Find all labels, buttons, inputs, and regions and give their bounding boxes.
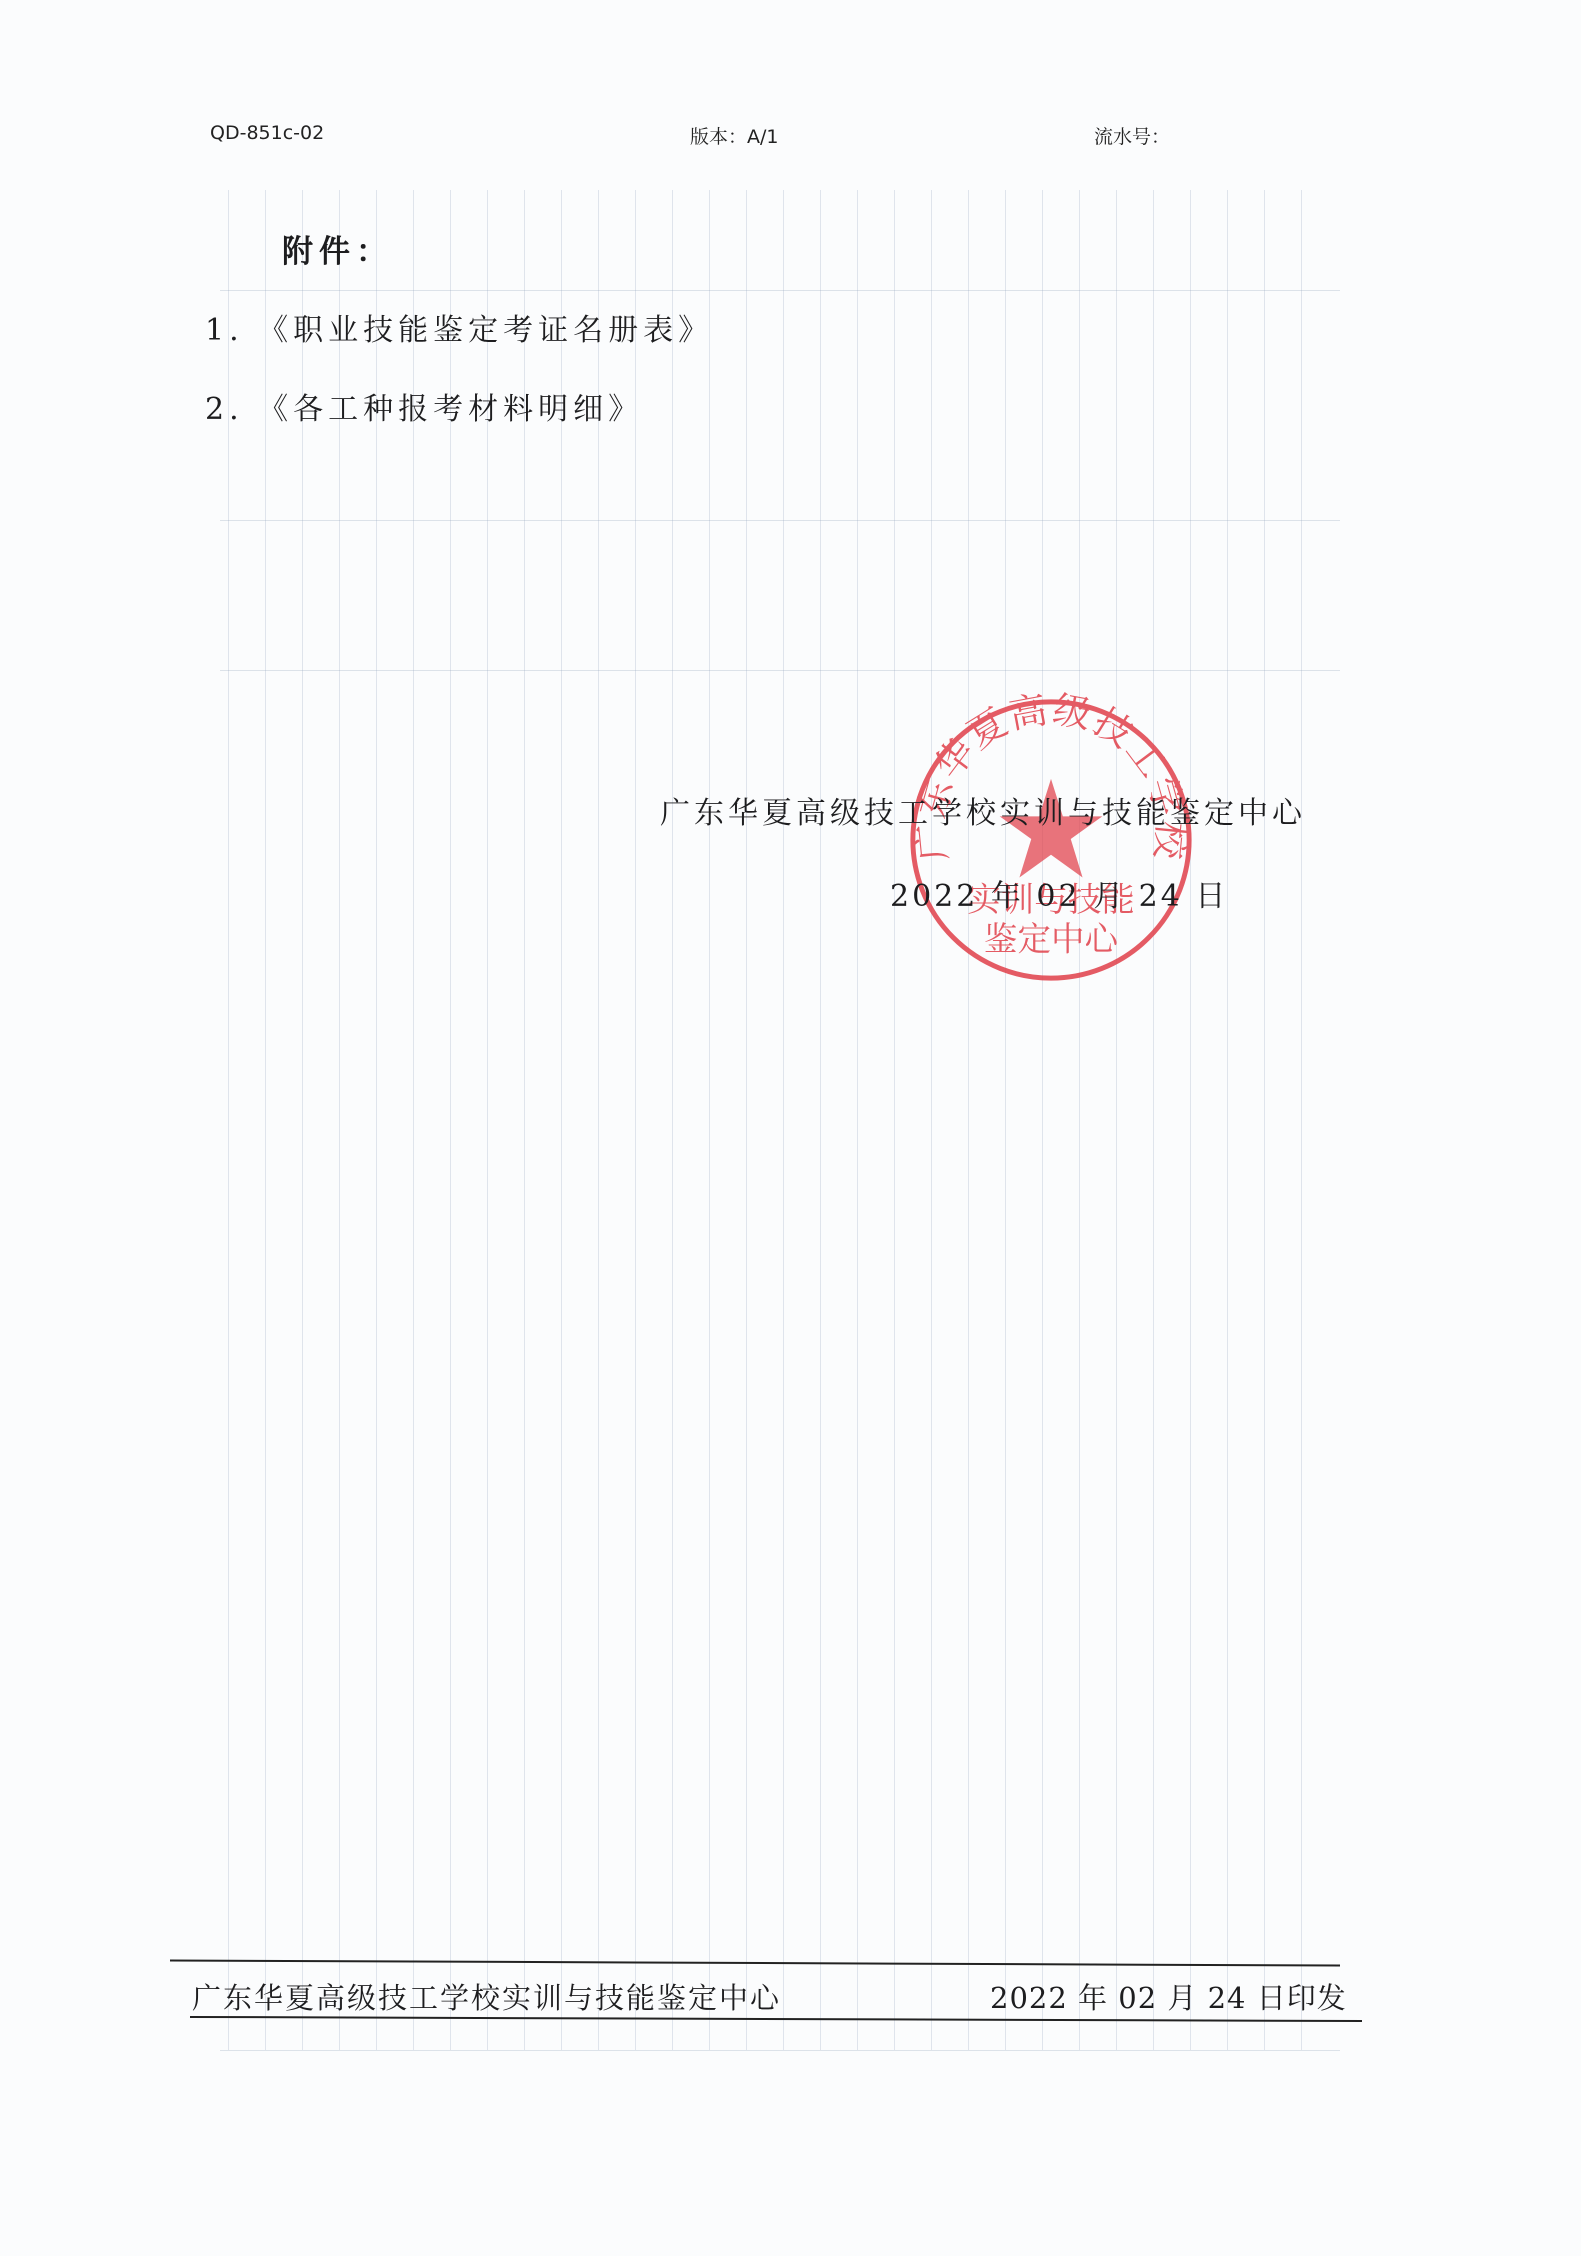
bleed-through-grid [228, 190, 1333, 2050]
bleed-through-text [680, 250, 746, 1950]
document-page: QD-851c-02 版本：A/1 流水号： 附件： 1. 《职业技能鉴定考证名… [0, 0, 1581, 2256]
footer-top-rule [170, 1959, 1340, 1966]
serial-number-label: 流水号： [1094, 122, 1170, 149]
document-code: QD-851c-02 [210, 122, 324, 144]
footer-issue-date: 2022 年 02 月 24 日印发 [990, 1976, 1347, 2017]
footer-organization: 广东华夏高级技工学校实训与技能鉴定中心 [192, 1976, 781, 2017]
attachment-item: 2. 《各工种报考材料明细》 [205, 384, 643, 428]
signing-date: 2022 年 02 月 24 日 [890, 871, 1228, 915]
grid-rule [220, 290, 1340, 291]
document-version: 版本：A/1 [690, 122, 779, 149]
svg-text:鉴定中心: 鉴定中心 [984, 920, 1120, 959]
attachment-item: 1. 《职业技能鉴定考证名册表》 [205, 305, 713, 349]
attachments-heading: 附件： [282, 226, 393, 271]
grid-rule [220, 520, 1340, 521]
grid-rule [220, 670, 1340, 671]
grid-rule [220, 2050, 1340, 2051]
signing-organization: 广东华夏高级技工学校实训与技能鉴定中心 [660, 788, 1306, 832]
official-seal-icon: 广东华夏高级技工学校 实训与技能 鉴定中心 [903, 692, 1199, 988]
